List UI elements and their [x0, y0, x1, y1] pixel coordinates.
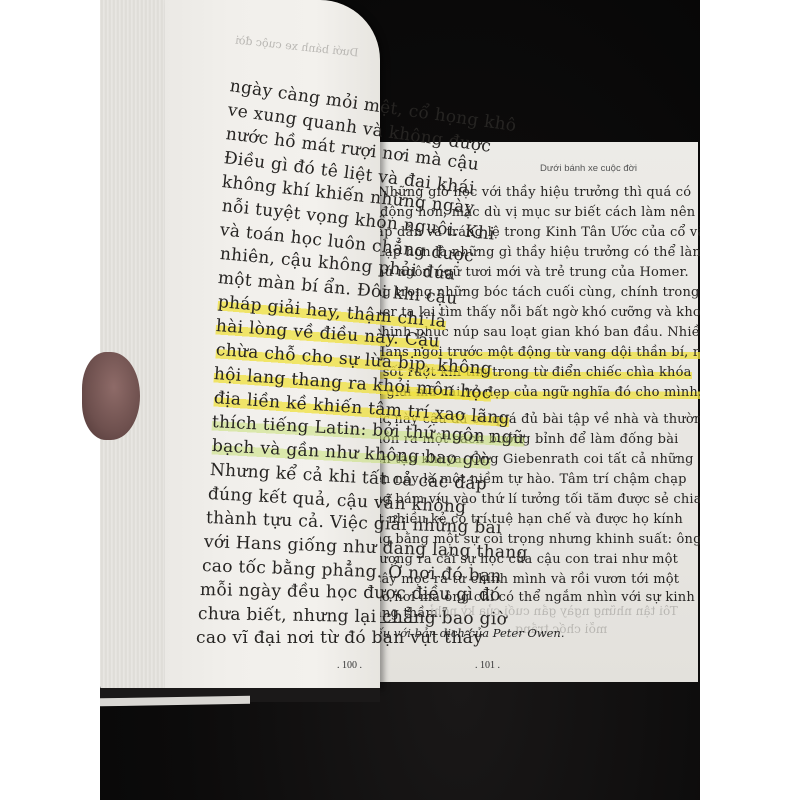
- text-line: cao vĩ đại nơi từ đó bạn vụt thấy: [196, 628, 483, 648]
- left-page-number: . 100 .: [337, 660, 362, 671]
- book-photo: Dưới bánh xe cuộc đời Những giờ học với …: [0, 0, 700, 800]
- thumb-holding-book: [82, 352, 140, 440]
- right-running-head: Dưới bánh xe cuộc đời: [540, 163, 637, 174]
- right-page-number: . 101 .: [475, 660, 500, 671]
